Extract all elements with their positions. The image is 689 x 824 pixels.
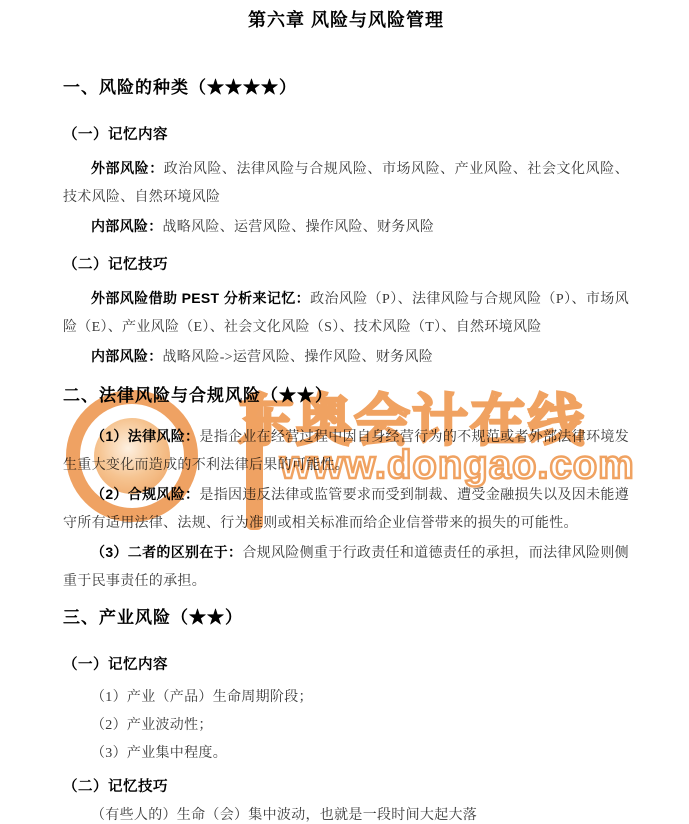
document-content: 第六章 风险与风险管理 一、风险的种类（★★★★） （一）记忆内容 外部风险：政…: [0, 0, 689, 824]
pest-mnemonic-label: 外部风险借助 PEST 分析来记忆：: [91, 290, 310, 306]
chapter-title: 第六章 风险与风险管理: [63, 8, 629, 32]
compliance-risk-paragraph: （2）合规风险：是指因违反法律或监管要求而受到制裁、遭受金融损失以及因未能遵守所…: [63, 480, 629, 538]
legal-risk-paragraph: （1）法律风险：是指企业在经营过程中因自身经营行为的不规范或者外部法律环境发生重…: [63, 422, 629, 480]
internal-risk-mnemonic-label: 内部风险：: [91, 348, 163, 364]
external-risk-label: 外部风险：: [91, 160, 164, 176]
section-1-sub-2-heading: （二）记忆技巧: [63, 254, 629, 276]
section-1-sub-1-heading: （一）记忆内容: [63, 124, 629, 146]
document-page: 第六章 风险与风险管理 一、风险的种类（★★★★） （一）记忆内容 外部风险：政…: [0, 0, 689, 824]
difference-label: （3）二者的区别在于：: [91, 544, 242, 560]
industry-item-3: （3）产业集中程度。: [63, 740, 629, 768]
internal-risk-mnemonic-paragraph: 内部风险：战略风险->运营风险、操作风险、财务风险: [63, 342, 629, 372]
internal-risk-text: 战略风险、运营风险、操作风险、财务风险: [163, 220, 435, 235]
section-2-heading: 二、法律风险与合规风险（★★）: [63, 384, 629, 408]
compliance-risk-label: （2）合规风险：: [91, 486, 199, 502]
internal-risk-label: 内部风险：: [91, 218, 163, 234]
legal-risk-label: （1）法律风险：: [91, 428, 199, 444]
industry-mnemonic-paragraph: （有些人的）生命（会）集中波动，也就是一段时间大起大落: [63, 802, 629, 824]
internal-risk-paragraph: 内部风险：战略风险、运营风险、操作风险、财务风险: [63, 212, 629, 242]
section-1-heading: 一、风险的种类（★★★★）: [63, 76, 629, 100]
pest-mnemonic-paragraph: 外部风险借助 PEST 分析来记忆：政治风险（P）、法律风险与合规风险（P）、市…: [63, 284, 629, 342]
difference-paragraph: （3）二者的区别在于：合规风险侧重于行政责任和道德责任的承担，而法律风险则侧重于…: [63, 538, 629, 596]
external-risk-paragraph: 外部风险：政治风险、法律风险与合规风险、市场风险、产业风险、社会文化风险、技术风…: [63, 154, 629, 212]
section-3-sub-2-heading: （二）记忆技巧: [63, 776, 629, 798]
internal-risk-mnemonic-text: 战略风险->运营风险、操作风险、财务风险: [163, 350, 434, 365]
section-3-heading: 三、产业风险（★★）: [63, 606, 629, 630]
section-3-sub-1-heading: （一）记忆内容: [63, 654, 629, 676]
industry-item-2: （2）产业波动性；: [63, 712, 629, 740]
industry-item-1: （1）产业（产品）生命周期阶段；: [63, 684, 629, 712]
